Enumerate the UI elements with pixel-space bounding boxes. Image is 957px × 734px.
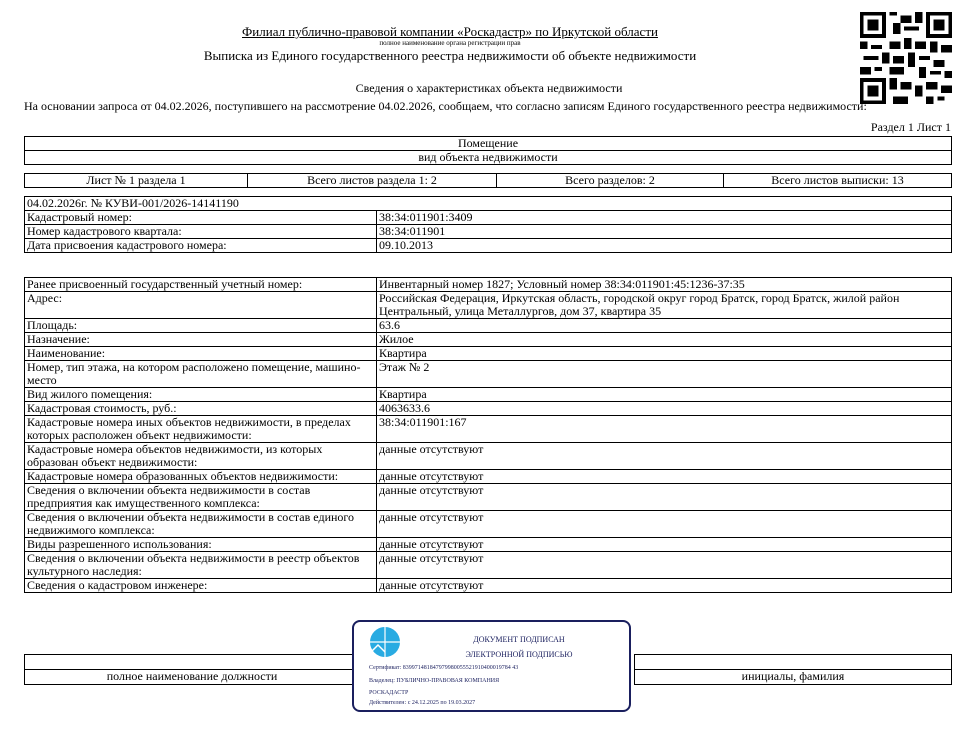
table-row: Наименование:Квартира <box>25 347 952 361</box>
table-row: Площадь:63.6 <box>25 319 952 333</box>
table-row: Ранее присвоенный государственный учетны… <box>25 278 952 292</box>
table-row: Дата присвоения кадастрового номера: 09.… <box>25 239 952 253</box>
organization-name: Филиал публично-правовой компании «Роска… <box>0 24 900 40</box>
basis-text: На основании запроса от 04.02.2026, пост… <box>24 99 867 114</box>
table-row: Сведения о включении объекта недвижимост… <box>25 552 952 579</box>
row-value: 38:34:011901:167 <box>377 416 952 443</box>
stamp-owner-name: РОСКАДАСТР <box>369 690 408 696</box>
row-value: 38:34:011901:3409 <box>377 211 952 225</box>
row-label: Кадастровые номера образованных объектов… <box>25 470 377 484</box>
sheet-reference: Раздел 1 Лист 1 <box>871 120 951 135</box>
row-label: Назначение: <box>25 333 377 347</box>
organization-caption: полное наименование органа регистрации п… <box>0 39 900 47</box>
row-value: данные отсутствуют <box>377 579 952 593</box>
sheets-table: Лист № 1 раздела 1 Всего листов раздела … <box>24 173 952 188</box>
extract-sheets-total: Всего листов выписки: 13 <box>724 174 952 188</box>
record-table: 04.02.2026г. № КУВИ-001/2026-14141190 Ка… <box>24 196 952 253</box>
row-value: Жилое <box>377 333 952 347</box>
row-value: 4063633.6 <box>377 402 952 416</box>
table-row: Кадастровые номера объектов недвижимости… <box>25 443 952 470</box>
stamp-title-line2: ЭЛЕКТРОННОЙ ПОДПИСЬЮ <box>414 650 624 659</box>
row-label: Кадастровый номер: <box>25 211 377 225</box>
row-value: Российская Федерация, Иркутская область,… <box>377 292 952 319</box>
sheet-number: Лист № 1 раздела 1 <box>25 174 248 188</box>
row-label: Сведения о включении объекта недвижимост… <box>25 511 377 538</box>
stamp-owner: Владелец: ПУБЛИЧНО-ПРАВОВАЯ КОМПАНИЯ <box>369 678 499 684</box>
name-caption: инициалы, фамилия <box>635 670 952 685</box>
section-title: Сведения о характеристиках объекта недви… <box>0 81 957 96</box>
row-value: 38:34:011901 <box>377 225 952 239</box>
row-label: Кадастровые номера иных объектов недвижи… <box>25 416 377 443</box>
row-value: данные отсутствуют <box>377 552 952 579</box>
electronic-signature-stamp: ДОКУМЕНТ ПОДПИСАН ЭЛЕКТРОННОЙ ПОДПИСЬЮ С… <box>352 620 631 712</box>
row-value: данные отсутствуют <box>377 443 952 470</box>
table-row: Адрес:Российская Федерация, Иркутская об… <box>25 292 952 319</box>
row-label: Сведения о кадастровом инженере: <box>25 579 377 593</box>
table-row: Сведения о включении объекта недвижимост… <box>25 484 952 511</box>
table-row: Сведения о включении объекта недвижимост… <box>25 511 952 538</box>
table-row: Кадастровые номера образованных объектов… <box>25 470 952 484</box>
row-label: Дата присвоения кадастрового номера: <box>25 239 377 253</box>
table-row: Кадастровая стоимость, руб.:4063633.6 <box>25 402 952 416</box>
row-label: Номер кадастрового квартала: <box>25 225 377 239</box>
position-caption: полное наименование должности <box>25 670 360 685</box>
row-value: 63.6 <box>377 319 952 333</box>
row-value: 09.10.2013 <box>377 239 952 253</box>
table-row: Сведения о кадастровом инженере:данные о… <box>25 579 952 593</box>
row-label: Кадастровая стоимость, руб.: <box>25 402 377 416</box>
section-sheets-total: Всего листов раздела 1: 2 <box>248 174 497 188</box>
row-value: Квартира <box>377 388 952 402</box>
table-row: Кадастровый номер: 38:34:011901:3409 <box>25 211 952 225</box>
stamp-validity: Действителен: с 24.12.2025 по 19.03.2027 <box>369 700 475 706</box>
table-row: Вид жилого помещения:Квартира <box>25 388 952 402</box>
record-reference: 04.02.2026г. № КУВИ-001/2026-14141190 <box>25 197 952 211</box>
row-label: Адрес: <box>25 292 377 319</box>
row-label: Номер, тип этажа, на котором расположено… <box>25 361 377 388</box>
row-value: Этаж № 2 <box>377 361 952 388</box>
table-row: Виды разрешенного использования:данные о… <box>25 538 952 552</box>
object-kind-caption: вид объекта недвижимости <box>25 151 952 165</box>
table-row: Назначение:Жилое <box>25 333 952 347</box>
stamp-title-line1: ДОКУМЕНТ ПОДПИСАН <box>414 635 624 644</box>
row-label: Сведения о включении объекта недвижимост… <box>25 552 377 579</box>
row-value: данные отсутствуют <box>377 470 952 484</box>
row-value: Инвентарный номер 1827; Условный номер 3… <box>377 278 952 292</box>
row-value: данные отсутствуют <box>377 484 952 511</box>
row-label: Площадь: <box>25 319 377 333</box>
table-row: Номер, тип этажа, на котором расположено… <box>25 361 952 388</box>
table-row: Номер кадастрового квартала: 38:34:01190… <box>25 225 952 239</box>
object-kind-table: Помещение вид объекта недвижимости <box>24 136 952 165</box>
row-label: Сведения о включении объекта недвижимост… <box>25 484 377 511</box>
row-value: данные отсутствуют <box>377 511 952 538</box>
sections-total: Всего разделов: 2 <box>497 174 724 188</box>
row-value: данные отсутствуют <box>377 538 952 552</box>
row-label: Ранее присвоенный государственный учетны… <box>25 278 377 292</box>
object-kind-value: Помещение <box>25 137 952 151</box>
position-blank <box>25 655 360 670</box>
document-title: Выписка из Единого государственного реес… <box>0 48 900 64</box>
name-blank <box>635 655 952 670</box>
row-label: Наименование: <box>25 347 377 361</box>
roskadastr-logo-icon <box>369 626 401 658</box>
table-row: Кадастровые номера иных объектов недвижи… <box>25 416 952 443</box>
row-label: Вид жилого помещения: <box>25 388 377 402</box>
row-label: Виды разрешенного использования: <box>25 538 377 552</box>
row-value: Квартира <box>377 347 952 361</box>
stamp-certificate: Сертификат: 8399714818479799800555219104… <box>369 665 518 671</box>
row-label: Кадастровые номера объектов недвижимости… <box>25 443 377 470</box>
characteristics-table: Ранее присвоенный государственный учетны… <box>24 277 952 593</box>
